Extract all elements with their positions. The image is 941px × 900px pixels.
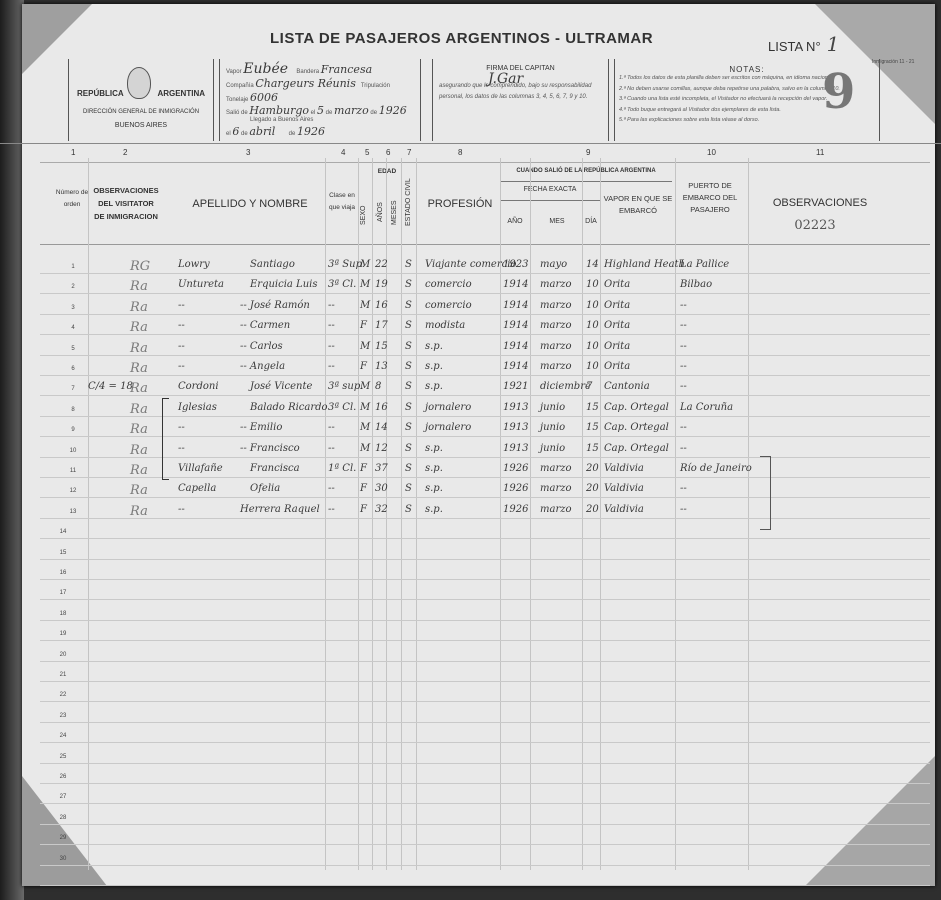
cell-anio: 1914 [503, 361, 528, 372]
ship-details: Vapor Eubée Bandera Francesa Compañía Ch… [219, 59, 421, 141]
table-row-empty: 17 [0, 583, 913, 603]
cell-edad: 13 [375, 361, 388, 372]
cell-dia: 10 [586, 320, 599, 331]
cell-profesion: comercio [425, 300, 472, 311]
cell-mes: marzo [540, 320, 572, 331]
city-label: BUENOS AIRES [69, 122, 213, 129]
cell-dia: 10 [586, 341, 599, 352]
cell-profesion: s.p. [425, 341, 443, 352]
visitor-note: C/4 = 18 [88, 381, 133, 392]
cell-estado: S [405, 259, 412, 270]
cell-apellido: Lowry [178, 259, 210, 270]
cell-clase: 3ª Cl. [328, 279, 356, 290]
cell-nombre: Balado Ricardo [250, 402, 328, 413]
cell-vapor: Valdivia [604, 504, 644, 515]
col-num: 10 [707, 148, 716, 157]
cell-mark: Ra [130, 483, 148, 498]
row-number: 3 [62, 305, 84, 311]
col-vapor: VAPOR EN QUE SE EMBARCÓ [603, 193, 673, 217]
cell-sexo: M [360, 443, 370, 454]
cell-edad: 19 [375, 279, 388, 290]
cell-anio: 1914 [503, 320, 528, 331]
cell-puerto: La Coruña [680, 402, 733, 413]
table-row: 7C/4 = 18RaCordoniJosé Vicente3ª sup.M8S… [0, 379, 913, 399]
cell-nombre: -- Carmen [240, 320, 290, 331]
cell-profesion: modista [425, 320, 465, 331]
cell-mes: marzo [540, 483, 572, 494]
row-number: 11 [62, 468, 84, 474]
cell-edad: 37 [375, 463, 388, 474]
bandera-label: Bandera [296, 69, 319, 75]
table-row: 4Ra---- Carmen--F17Smodista1914marzo10Or… [0, 318, 913, 338]
row-number: 22 [52, 692, 74, 698]
cell-puerto: Bilbao [680, 279, 712, 290]
cell-puerto: -- [680, 422, 687, 433]
salio-month: marzo [334, 104, 369, 117]
cell-edad: 14 [375, 422, 388, 433]
row-number: 6 [62, 366, 84, 372]
cell-edad: 15 [375, 341, 388, 352]
cell-estado: S [405, 300, 412, 311]
col-num: 7 [407, 148, 411, 157]
cell-vapor: Cap. Ortegal [604, 402, 669, 413]
cell-profesion: s.p. [425, 463, 443, 474]
cell-nombre: -- Angela [240, 361, 285, 372]
row-number: 5 [62, 346, 84, 352]
row-number: 7 [62, 386, 84, 392]
cell-sexo: M [360, 402, 370, 413]
row-number: 9 [62, 427, 84, 433]
row-number: 17 [52, 590, 74, 596]
cell-apellido: -- [178, 361, 185, 372]
cell-apellido: -- [178, 504, 185, 515]
cell-nombre: José Vicente [250, 381, 312, 392]
cell-sexo: F [360, 483, 367, 494]
cell-vapor: Orita [604, 341, 630, 352]
cell-apellido: -- [178, 341, 185, 352]
col-estado: ESTADO CIVIL [405, 172, 412, 232]
cell-mes: junio [540, 443, 565, 454]
cell-sexo: M [360, 422, 370, 433]
table-row-empty: 21 [0, 665, 913, 685]
cell-nombre: Francisca [250, 463, 300, 474]
cell-clase: -- [328, 361, 335, 372]
cell-profesion: s.p. [425, 381, 443, 392]
cell-estado: S [405, 279, 412, 290]
cell-estado: S [405, 402, 412, 413]
cell-edad: 30 [375, 483, 388, 494]
argentina-label: ARGENTINA [157, 89, 205, 98]
llegado-label: Llegado a Buenos Aires [250, 117, 313, 123]
table-row-empty: 29 [0, 828, 913, 848]
col-sexo: SEXO [360, 200, 367, 230]
col-fecha: FECHA EXACTA [500, 186, 600, 193]
cell-puerto: La Pallice [680, 259, 729, 270]
table-row: 5Ra---- Carlos--M15Ss.p.1914marzo10Orita… [0, 339, 913, 359]
col-num: 8 [458, 148, 462, 157]
salio-day: 5 [317, 104, 324, 117]
cell-nombre: Ofelia [250, 483, 280, 494]
col-salio: CUANDO SALIÓ DE LA REPÚBLICA ARGENTINA [500, 168, 672, 174]
cell-estado: S [405, 504, 412, 515]
cell-anio: 1913 [503, 402, 528, 413]
cell-dia: 10 [586, 361, 599, 372]
cell-puerto: -- [680, 381, 687, 392]
cell-sexo: M [360, 259, 370, 270]
cell-edad: 16 [375, 300, 388, 311]
cell-apellido: Capella [178, 483, 216, 494]
cell-profesion: s.p. [425, 361, 443, 372]
cell-estado: S [405, 422, 412, 433]
table-row-empty: 15 [0, 543, 913, 563]
cell-mes: diciembre [540, 381, 591, 392]
cell-mark: Ra [130, 320, 148, 335]
row-number: 30 [52, 856, 74, 862]
cell-vapor: Orita [604, 361, 630, 372]
cell-puerto: -- [680, 300, 687, 311]
cell-clase: -- [328, 422, 335, 433]
cell-vapor: Cap. Ortegal [604, 422, 669, 433]
col-dia: DÍA [582, 218, 600, 225]
compania-value: Chargeurs Réunis [255, 77, 355, 90]
table-row-empty: 28 [0, 808, 913, 828]
col-num: 4 [341, 148, 345, 157]
cell-dia: 20 [586, 504, 599, 515]
cell-mark: Ra [130, 402, 148, 417]
col-num: 2 [123, 148, 127, 157]
cell-estado: S [405, 463, 412, 474]
cell-clase: 1ª Cl. [328, 463, 356, 474]
cell-estado: S [405, 361, 412, 372]
column-numbers: 1 2 3 4 5 6 7 8 9 10 11 [0, 148, 941, 160]
cell-sexo: F [360, 361, 367, 372]
cell-mark: Ra [130, 341, 148, 356]
col-edad: EDAD [372, 168, 402, 175]
cell-edad: 32 [375, 504, 388, 515]
col-mes: MES [532, 218, 582, 225]
group-bracket [760, 456, 771, 530]
cell-nombre: -- Emilio [240, 422, 282, 433]
cell-dia: 15 [586, 422, 599, 433]
cell-dia: 10 [586, 279, 599, 290]
cell-clase: -- [328, 341, 335, 352]
table-row: 3Ra---- José Ramón--M16Scomercio1914marz… [0, 298, 913, 318]
cell-estado: S [405, 341, 412, 352]
cell-nombre: -- José Ramón [240, 300, 310, 311]
cell-anio: 1914 [503, 279, 528, 290]
row-number: 18 [52, 611, 74, 617]
cell-anio: 1914 [503, 300, 528, 311]
table-row: 6Ra---- Angela--F13Ss.p.1914marzo10Orita… [0, 359, 913, 379]
table-row-empty: 19 [0, 624, 913, 644]
cell-nombre: -- Carlos [240, 341, 283, 352]
cell-sexo: M [360, 381, 370, 392]
row-number: 20 [52, 652, 74, 658]
cell-estado: S [405, 443, 412, 454]
vapor-label: Vapor [226, 69, 242, 75]
cell-edad: 8 [375, 381, 381, 392]
cell-dia: 15 [586, 402, 599, 413]
cell-dia: 7 [586, 381, 592, 392]
table-row: 13Ra--Herrera Raquel--F32Ss.p.1926marzo2… [0, 502, 913, 522]
cell-dia: 20 [586, 463, 599, 474]
cell-sexo: F [360, 463, 367, 474]
table-row-empty: 27 [0, 787, 913, 807]
republic-header: REPÚBLICAARGENTINA DIRECCIÓN GENERAL DE … [68, 59, 214, 141]
table-row-empty: 16 [0, 563, 913, 583]
cell-anio: 1921 [503, 381, 528, 392]
cell-apellido: -- [178, 300, 185, 311]
col-num: 1 [71, 148, 75, 157]
family-bracket [162, 398, 169, 480]
cell-anio: 1926 [503, 504, 528, 515]
cell-profesion: comercio [425, 279, 472, 290]
row-number: 29 [52, 835, 74, 841]
republic-label: REPÚBLICA [77, 89, 124, 98]
cell-mark: Ra [130, 361, 148, 376]
row-number: 27 [52, 794, 74, 800]
cell-mes: junio [540, 422, 565, 433]
table-row: 2RaUnturetaErquicia Luis3ª Cl.M19Scomerc… [0, 277, 913, 297]
cell-mes: junio [540, 402, 565, 413]
col-num: 5 [365, 148, 369, 157]
cell-anio: 1913 [503, 443, 528, 454]
cell-estado: S [405, 483, 412, 494]
cell-mes: marzo [540, 341, 572, 352]
cell-puerto: -- [680, 320, 687, 331]
cell-puerto: -- [680, 341, 687, 352]
bandera-value: Francesa [321, 63, 372, 76]
obs-code: 02223 [760, 218, 870, 233]
cell-mes: marzo [540, 279, 572, 290]
cell-mark: Ra [130, 463, 148, 478]
cell-vapor: Valdivia [604, 483, 644, 494]
cell-puerto: Río de Janeiro [680, 463, 752, 474]
page-title: LISTA DE PASAJEROS ARGENTINOS - ULTRAMAR [270, 30, 653, 47]
cell-clase: -- [328, 504, 335, 515]
cell-mes: marzo [540, 361, 572, 372]
cell-mark: Ra [130, 422, 148, 437]
col-clase: Clase en que viaja [326, 190, 358, 214]
compania-label: Compañía [226, 83, 254, 89]
row-number: 16 [52, 570, 74, 576]
cell-estado: S [405, 381, 412, 392]
cell-anio: 1913 [503, 422, 528, 433]
table-row: 10Ra---- Francisco--M12Ss.p.1913junio15C… [0, 441, 913, 461]
cell-edad: 17 [375, 320, 388, 331]
cell-profesion: jornalero [425, 422, 471, 433]
cell-puerto: -- [680, 443, 687, 454]
table-row-empty: 18 [0, 604, 913, 624]
cell-apellido: Cordoni [178, 381, 219, 392]
salio-label: Salió de [226, 110, 248, 116]
table-row: 1RGLowrySantiago3ª Sup.M22SViajante come… [0, 257, 913, 277]
cell-apellido: -- [178, 320, 185, 331]
llegado-year: 1926 [297, 125, 325, 138]
cell-estado: S [405, 320, 412, 331]
cell-anio: 1923 [503, 259, 528, 270]
col-num: 11 [816, 148, 824, 157]
cell-clase: 3ª sup. [328, 381, 363, 392]
cell-vapor: Cantonia [604, 381, 650, 392]
row-number: 13 [62, 509, 84, 515]
cell-vapor: Valdivia [604, 463, 644, 474]
table-row-empty: 24 [0, 726, 913, 746]
table-row-empty: 20 [0, 645, 913, 665]
tonelaje-value: 6006 [250, 91, 278, 104]
list-number-value: 1 [827, 32, 840, 56]
cell-apellido: Villafañe [178, 463, 223, 474]
col-nombre: APELLIDO Y NOMBRE [170, 198, 330, 210]
stamp-number: 9 [822, 64, 855, 120]
cell-vapor: Orita [604, 279, 630, 290]
table-row-empty: 14 [0, 522, 913, 542]
cell-sexo: M [360, 279, 370, 290]
table-row: 12RaCapellaOfelia--F30Ss.p.1926marzo20Va… [0, 481, 913, 501]
list-number: LISTA N°1 [768, 32, 839, 56]
cell-apellido: Untureta [178, 279, 224, 290]
row-number: 28 [52, 815, 74, 821]
row-number: 14 [52, 529, 74, 535]
cell-puerto: -- [680, 361, 687, 372]
cell-clase: -- [328, 320, 335, 331]
cell-vapor: Orita [604, 300, 630, 311]
vapor-value: Eubée [243, 61, 288, 77]
col-num: 9 [586, 148, 590, 157]
table-row: 8RaIglesiasBalado Ricardo3ª Cl.M16Sjorna… [0, 400, 913, 420]
col-num: 3 [246, 148, 250, 157]
cell-profesion: s.p. [425, 504, 443, 515]
row-number: 1 [62, 264, 84, 270]
cell-dia: 20 [586, 483, 599, 494]
col-obs-visitador: OBSERVACIONES DEL VISITATOR DE INMIGRACI… [92, 184, 160, 223]
cell-apellido: -- [178, 422, 185, 433]
cell-nombre: Herrera Raquel [240, 504, 320, 515]
table-row-empty: 25 [0, 747, 913, 767]
cell-profesion: s.p. [425, 483, 443, 494]
col-orden: Número de orden [55, 187, 89, 211]
cell-dia: 10 [586, 300, 599, 311]
cell-profesion: jornalero [425, 402, 471, 413]
cell-mes: marzo [540, 463, 572, 474]
cell-anio: 1926 [503, 483, 528, 494]
salio-year: 1926 [379, 104, 407, 117]
cell-clase: -- [328, 300, 335, 311]
cell-mes: marzo [540, 300, 572, 311]
row-number: 19 [52, 631, 74, 637]
col-profesion: PROFESIÓN [420, 198, 500, 210]
cell-dia: 15 [586, 443, 599, 454]
row-number: 12 [62, 488, 84, 494]
cell-vapor: Highland Heath [604, 259, 685, 270]
cell-mes: marzo [540, 504, 572, 515]
table-row-empty: 23 [0, 706, 913, 726]
captain-text: asegurando que lo comprendido, bajo su r… [439, 81, 602, 103]
row-number: 10 [62, 448, 84, 454]
direction-label: DIRECCIÓN GENERAL DE INMIGRACIÓN [69, 109, 213, 115]
col-anio: AÑO [500, 218, 530, 225]
cell-vapor: Cap. Ortegal [604, 443, 669, 454]
cell-apellido: -- [178, 443, 185, 454]
cell-mark: Ra [130, 300, 148, 315]
cell-sexo: F [360, 504, 367, 515]
row-number: 8 [62, 407, 84, 413]
row-number: 24 [52, 733, 74, 739]
table-row: 9Ra---- Emilio--M14Sjornalero1913junio15… [0, 420, 913, 440]
table-row: 11RaVillafañeFrancisca1ª Cl.F37Ss.p.1926… [0, 461, 913, 481]
cell-edad: 12 [375, 443, 388, 454]
llegado-month: abril [249, 125, 275, 138]
cell-dia: 14 [586, 259, 599, 270]
cell-anio: 1914 [503, 341, 528, 352]
cell-clase: -- [328, 443, 335, 454]
cell-mark: RG [130, 259, 150, 274]
cell-mark: Ra [130, 279, 148, 294]
table-row-empty: 30 [0, 849, 913, 869]
table-row-empty: 26 [0, 767, 913, 787]
cell-apellido: Iglesias [178, 402, 217, 413]
cell-mark: Ra [130, 381, 148, 396]
row-number: 4 [62, 325, 84, 331]
cell-sexo: M [360, 341, 370, 352]
col-num: 6 [386, 148, 390, 157]
cell-edad: 16 [375, 402, 388, 413]
row-number: 21 [52, 672, 74, 678]
cell-clase: -- [328, 483, 335, 494]
tripulacion-label: Tripulación [361, 83, 390, 89]
cell-nombre: Santiago [250, 259, 295, 270]
row-number: 15 [52, 550, 74, 556]
cell-puerto: -- [680, 504, 687, 515]
list-number-label: LISTA N° [768, 39, 821, 54]
cell-vapor: Orita [604, 320, 630, 331]
row-number: 23 [52, 713, 74, 719]
cell-clase: 3ª Cl. [328, 402, 356, 413]
cell-nombre: -- Francisco [240, 443, 300, 454]
cell-sexo: M [360, 300, 370, 311]
row-number: 25 [52, 754, 74, 760]
col-puerto: PUERTO DE EMBARCO DEL PASAJERO [676, 180, 744, 216]
cell-nombre: Erquicia Luis [250, 279, 317, 290]
col-observaciones: OBSERVACIONES [760, 197, 880, 209]
cell-edad: 22 [375, 259, 388, 270]
table-row-empty: 22 [0, 685, 913, 705]
cell-sexo: F [360, 320, 367, 331]
cell-profesion: s.p. [425, 443, 443, 454]
row-number: 26 [52, 774, 74, 780]
col-meses: MESES [391, 195, 398, 230]
salio-port: Hamburgo [249, 104, 309, 117]
llegado-day: 6 [232, 125, 239, 138]
cell-mark: Ra [130, 443, 148, 458]
cell-puerto: -- [680, 483, 687, 494]
cell-mes: mayo [540, 259, 567, 270]
tonelaje-label: Tonelaje [226, 97, 248, 103]
row-number: 2 [62, 284, 84, 290]
captain-signature-box: FIRMA DEL CAPITAN J.Gar asegurando que l… [432, 59, 609, 141]
col-anios: AÑOS [377, 195, 384, 230]
cell-anio: 1926 [503, 463, 528, 474]
cell-mark: Ra [130, 504, 148, 519]
